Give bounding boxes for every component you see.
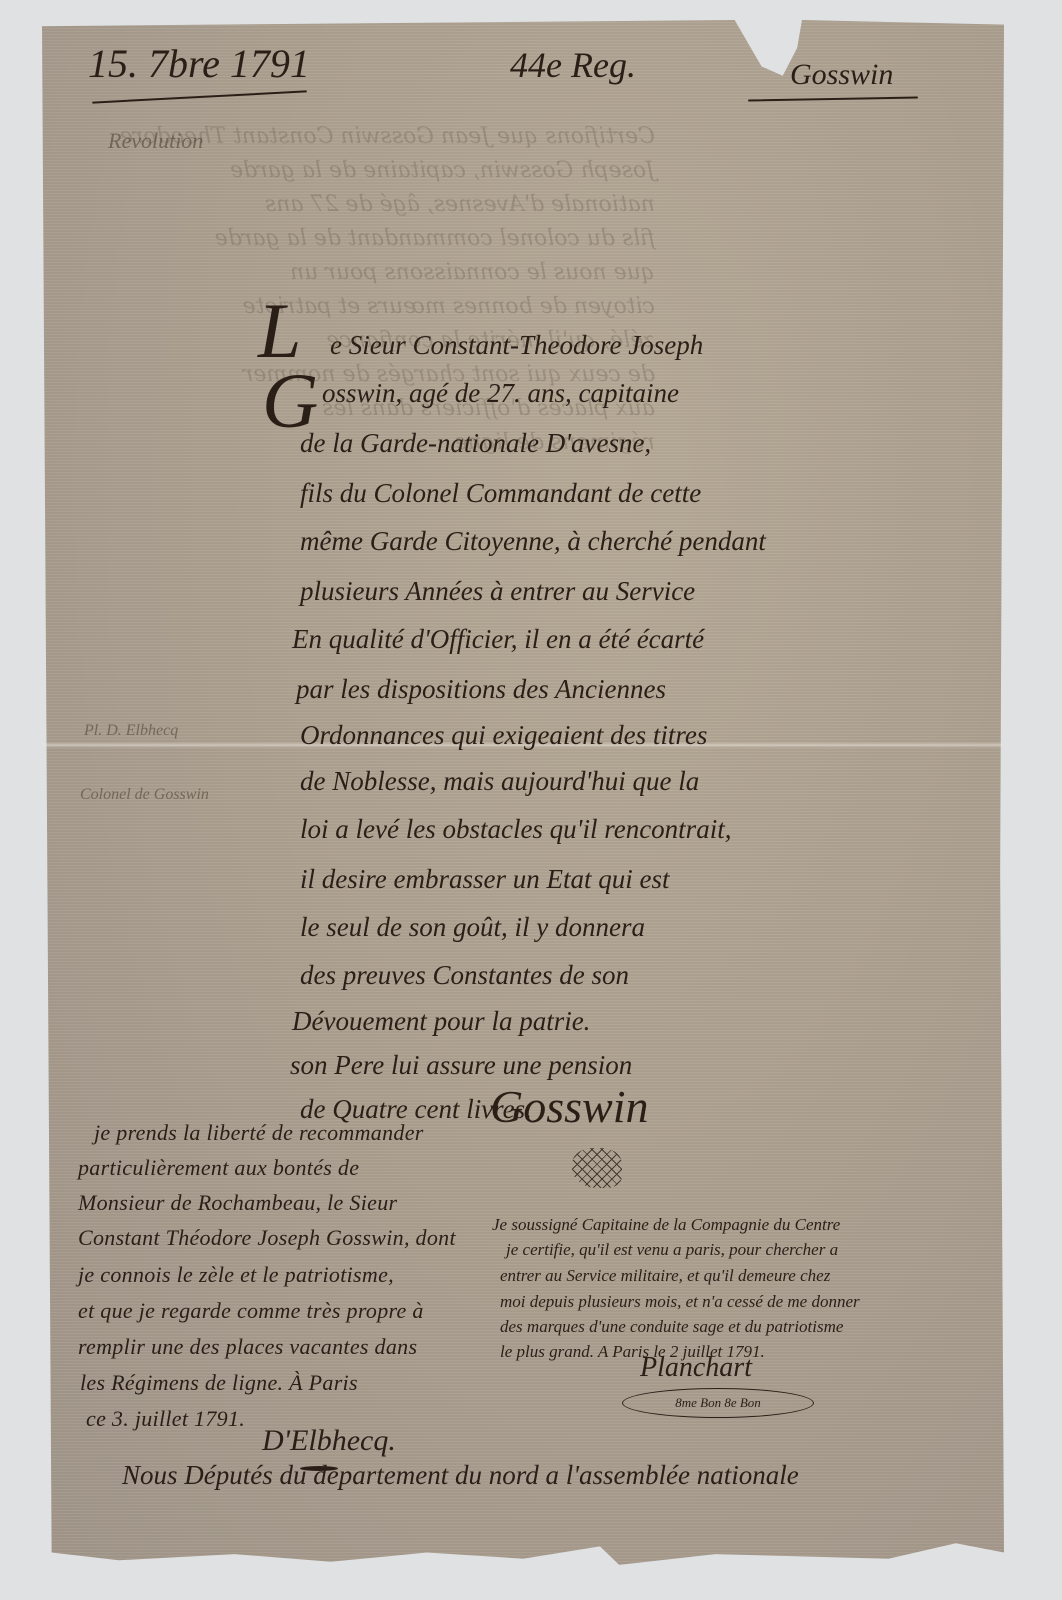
battalion-stamp: 8me Bon 8e Bon [622, 1388, 814, 1418]
main-text-line: par les dispositions des Anciennes [296, 674, 666, 705]
main-text-line: son Pere lui assure une pension [290, 1050, 632, 1081]
recommendation-line: je connois le zèle et le patriotisme, [78, 1262, 394, 1288]
main-text-line: osswin, agé de 27. ans, capitaine [322, 378, 679, 409]
main-text-line: des preuves Constantes de son [300, 960, 629, 991]
margin-faded-note: Colonel de Gosswin [80, 786, 209, 804]
main-text-line: En qualité d'Officier, il en a été écart… [292, 624, 704, 655]
certificate-line: des marques d'une conduite sage et du pa… [500, 1317, 843, 1337]
reverse-side-bleedthrough: Certifions que Jean Gosswin Constant The… [120, 120, 655, 460]
main-text-line: Ordonnances qui exigeaient des titres [300, 720, 707, 751]
recommendation-line: Monsieur de Rochambeau, le Sieur [78, 1190, 397, 1216]
main-text-line: même Garde Citoyenne, à cherché pendant [300, 526, 766, 557]
recommendation-line: particulièrement aux bontés de [78, 1155, 359, 1181]
footer-deputies-line: Nous Députés du departement du nord a l'… [122, 1460, 799, 1491]
signature-paraph-flourish [572, 1148, 622, 1188]
recommendation-line: Constant Théodore Joseph Gosswin, dont [78, 1225, 456, 1251]
header-name: Gosswin [790, 58, 893, 92]
signature-planchart: Planchart [640, 1352, 752, 1384]
recommendation-line: les Régimens de ligne. À Paris [80, 1370, 358, 1396]
signature-delbhecq: D'Elbhecq. [262, 1424, 396, 1458]
certificate-line: moi depuis plusieurs mois, et n'a cessé … [500, 1292, 860, 1312]
main-text-line: loi a levé les obstacles qu'il rencontra… [300, 814, 731, 845]
certificate-line: je certifie, qu'il est venu a paris, pou… [506, 1240, 838, 1260]
certificate-line: entrer au Service militaire, et qu'il de… [500, 1266, 830, 1286]
certificate-line: Je soussigné Capitaine de la Compagnie d… [492, 1215, 840, 1235]
main-text-line: de Noblesse, mais aujourd'hui que la [300, 766, 699, 797]
recommendation-line: je prends la liberté de recommander [94, 1120, 424, 1146]
main-text-line: plusieurs Années à entrer au Service [300, 576, 695, 607]
main-text-line: il desire embrasser un Etat qui est [300, 864, 669, 895]
signature-gosswin: Gosswin [490, 1080, 648, 1133]
main-text-line: le seul de son goût, il y donnera [300, 912, 645, 943]
recommendation-line: remplir une des places vacantes dans [78, 1334, 417, 1360]
header-regiment: 44e Reg. [510, 44, 636, 86]
recommendation-line: ce 3. juillet 1791. [86, 1406, 245, 1432]
main-text-line: Dévouement pour la patrie. [292, 1006, 590, 1037]
main-text-line: e Sieur Constant-Theodore Joseph [330, 330, 703, 361]
main-text-line: de la Garde-nationale D'avesne, [300, 428, 651, 459]
recommendation-line: et que je regarde comme très propre à [78, 1298, 424, 1324]
margin-note-revolution: Revolution [108, 128, 203, 154]
margin-faded-note: Pl. D. Elbhecq [84, 722, 178, 740]
main-text-line: fils du Colonel Commandant de cette [300, 478, 701, 509]
header-date: 15. 7bre 1791 [88, 40, 310, 87]
